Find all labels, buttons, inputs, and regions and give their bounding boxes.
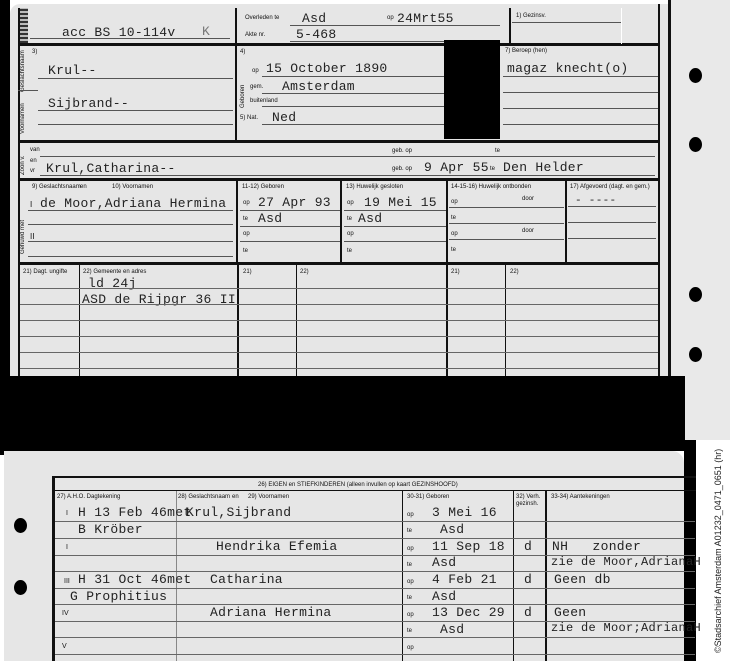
child-birth-place: Asd: [432, 589, 456, 604]
mother-name-value: Krul,Catharina--: [46, 161, 176, 176]
child-birth-date: 3 Mei 16: [432, 505, 497, 520]
spouse-col-divider: [236, 180, 238, 263]
rule: [344, 226, 446, 227]
child-name: Adriana Hermina: [210, 605, 332, 620]
child-birth-date: 4 Feb 21: [432, 572, 497, 587]
child-name: Krul,Sijbrand: [186, 505, 291, 520]
col22b-label: 22): [300, 269, 309, 275]
rule: [28, 256, 233, 257]
section-title-divider: [52, 490, 696, 491]
dissolved-door-label: door: [522, 196, 534, 202]
child-birth-date: 11 Sep 18: [432, 539, 505, 554]
dissolved-door-label-2: door: [522, 228, 534, 234]
rule: [20, 352, 658, 353]
marriage-op-label: op: [347, 200, 354, 206]
col-divider: [513, 491, 514, 661]
rule: [262, 106, 444, 107]
rule: [449, 239, 564, 240]
header-striped-mark: [20, 8, 28, 43]
child-verh: d: [524, 605, 532, 620]
birth-place-value: Amsterdam: [282, 79, 355, 94]
child-aho-1: H 31 Oct 46met: [78, 572, 191, 587]
child-birth-place: Asd: [440, 522, 464, 537]
row-roman: V: [62, 643, 67, 650]
rule: [290, 25, 500, 26]
spouse-born-date-value: 27 Apr 93: [258, 195, 331, 210]
dissolved-op-label: op: [451, 199, 458, 205]
punch-hole: [689, 137, 702, 152]
overleden-op-label: op: [387, 15, 394, 21]
child-aho-2: G Prophitius: [70, 589, 167, 604]
child-note-1: NH zonder: [552, 539, 641, 554]
gezinsv-label: 1) Gezinsv.: [516, 13, 546, 19]
marriage-te-label-2: te: [347, 248, 352, 254]
voornamen-label: Voornamen: [20, 103, 26, 134]
given-names-value: Sijbrand--: [48, 96, 129, 111]
right-frame: [658, 4, 660, 376]
rule: [30, 38, 230, 39]
col10-label: 10) Voornamen: [112, 184, 153, 190]
col22c-label: 22): [510, 269, 519, 275]
name-divider: [18, 140, 660, 143]
afgevoerd-label: 17) Afgevoerd (dagt. en gem.): [570, 184, 650, 190]
punch-hole: [689, 287, 702, 302]
child-note-1: Geen: [554, 605, 586, 620]
child-birth-date: 13 Dec 29: [432, 605, 505, 620]
spouse-col-divider: [446, 180, 448, 263]
child-te-label: te: [407, 595, 412, 601]
parent-te-label-2: te: [490, 166, 495, 172]
birth-gem-label: gem.: [250, 84, 263, 90]
col29-label: 29) Voornamen: [248, 494, 289, 500]
child-te-label: te: [407, 528, 412, 534]
col-divider: [402, 491, 403, 661]
rule: [18, 90, 38, 91]
header-col-divider: [235, 8, 237, 44]
parent-geb-op-label-2: geb. op: [392, 166, 412, 172]
child-birth-place: Asd: [440, 622, 464, 637]
marriage-date-value: 19 Mei 15: [364, 195, 437, 210]
rule: [38, 110, 233, 111]
child-verh: d: [524, 539, 532, 554]
marriage-place-value: Asd: [358, 211, 382, 226]
field-3-label: 3): [32, 49, 37, 55]
rule: [40, 156, 655, 157]
buitenland-label: buitenland: [250, 98, 278, 104]
row-roman: III: [64, 578, 70, 585]
rule: [449, 207, 564, 208]
beroep-label: 7) Beroep (hen): [505, 48, 547, 54]
rule: [20, 368, 658, 369]
col32-label: 32) Verh. gezinsh.: [516, 494, 544, 508]
rule: [344, 241, 446, 242]
akte-nr-label: Akte nr.: [245, 32, 265, 38]
rule: [503, 124, 658, 125]
rule: [503, 108, 658, 109]
child-te-label: te: [407, 628, 412, 634]
archive-watermark: ©Stadsarchief Amsterdam A01232_0471_0651…: [713, 449, 723, 653]
col28-label: 28) Geslachtsnaam: [178, 494, 230, 500]
child-note-2: zie de Moor;AdrianaH: [551, 621, 701, 635]
rule: [55, 521, 695, 522]
spouse-born-op-label: op: [243, 200, 250, 206]
col30-label: 30-31) Geboren: [407, 494, 449, 500]
rule: [28, 241, 233, 242]
rule: [503, 92, 658, 93]
spouse-born-te-label-2: te: [243, 248, 248, 254]
rule: [20, 320, 658, 321]
nat-label: 5) Nat.: [240, 115, 258, 121]
col9-label: 9) Geslachtsnaam: [32, 184, 81, 190]
bottom-top-frame: [52, 476, 696, 478]
row-roman: I: [66, 510, 68, 517]
child-aho-2: B Kröber: [78, 522, 143, 537]
huwelijk-label: 13) Huwelijk gesloten: [346, 184, 403, 190]
beroep-value: magaz knecht(o): [507, 61, 629, 76]
surname-value: Krul--: [48, 63, 97, 78]
marriage-te-label: te: [347, 216, 352, 222]
parent-te-label-1: te: [495, 148, 500, 154]
dissolved-te-label-2: te: [451, 247, 456, 253]
rule: [28, 210, 233, 211]
header-divider: [18, 43, 660, 46]
field-4-label: 4): [240, 49, 245, 55]
mother-birth-date-value: 9 Apr 55: [424, 160, 489, 175]
akte-nr-value: 5-468: [296, 27, 337, 42]
dissolved-te-label: te: [451, 215, 456, 221]
col27-label: 27) A.H.O. Dagtekening: [57, 494, 120, 500]
geboren-label: Geboren: [240, 85, 246, 108]
rule: [28, 224, 233, 225]
rule: [262, 76, 444, 77]
spouse-born-te-label: te: [243, 216, 248, 222]
rule: [38, 124, 233, 125]
punch-hole: [14, 518, 27, 533]
col21b-label: 21): [243, 269, 252, 275]
rule: [55, 654, 695, 655]
punch-hole: [14, 580, 27, 595]
rule: [568, 222, 656, 223]
child-note-1: Geen db: [554, 572, 611, 587]
child-te-label: te: [407, 562, 412, 568]
rule: [55, 604, 695, 605]
rule: [38, 78, 233, 79]
child-birth-place: Asd: [432, 555, 456, 570]
parent-geb-op-label-1: geb. op: [392, 148, 412, 154]
rule: [240, 241, 340, 242]
col33-label: 33-34) Aantekeningen: [551, 494, 610, 500]
header-col-divider: [509, 8, 511, 44]
rule: [262, 124, 444, 125]
scan-gap: [0, 376, 685, 451]
child-op-label: op: [407, 546, 414, 552]
child-op-label: op: [407, 579, 414, 585]
rule: [40, 175, 655, 176]
child-note-2: zie de Moor,AdrianaH: [551, 555, 701, 569]
ontbonden-label: 14-15-16) Huwelijk ontbonden: [451, 184, 531, 190]
col21-label: 21) Dagt. ungifte: [23, 269, 67, 275]
col-divider: [545, 491, 547, 661]
rule: [55, 637, 695, 638]
bottom-left-frame: [52, 476, 55, 661]
rule: [449, 223, 564, 224]
spouse-roman-1: I: [30, 200, 32, 209]
spouse-name-value: de Moor,Adriana Hermina: [40, 196, 226, 211]
col22-label: 22) Gemeente en adres: [83, 269, 146, 275]
rule: [20, 288, 658, 289]
van-label: van: [30, 147, 40, 153]
spouse-divider: [18, 262, 660, 265]
section-title: 26) EIGEN en STIEFKINDEREN (alleen invul…: [258, 482, 458, 488]
child-aho-1: H 13 Feb 46met: [78, 505, 191, 520]
nationality-value: Ned: [272, 110, 296, 125]
birth-op-label: op: [252, 68, 259, 74]
redacted-block: [444, 40, 500, 139]
spouse-col-divider: [565, 180, 567, 263]
header-col-divider: [621, 8, 622, 44]
punch-hole: [689, 68, 702, 83]
overleden-op-value: 24Mrt55: [397, 11, 454, 26]
spouse-roman-2: II: [30, 232, 34, 241]
rule: [262, 93, 444, 94]
child-name: Catharina: [210, 572, 283, 587]
col9-en-label: en: [80, 184, 87, 190]
birth-date-value: 15 October 1890: [266, 61, 388, 76]
child-op-label: op: [407, 512, 414, 518]
archive-mark: K: [202, 24, 210, 39]
marriage-op-label-2: op: [347, 231, 354, 237]
rule: [240, 226, 340, 227]
spouse-born-op-label-2: op: [243, 231, 250, 237]
child-op-label: op: [407, 645, 414, 651]
rule: [240, 210, 340, 211]
zoon-label: Zoon v.: [20, 155, 26, 175]
punch-hole: [689, 347, 702, 362]
geslachtsnaam-label: Geslachtsnaam: [20, 50, 26, 92]
row-roman: I: [66, 544, 68, 551]
gehuwd-met-label: Gehuwd met: [20, 220, 26, 254]
row-roman: IV: [62, 610, 69, 617]
top-card-right-margin: [670, 0, 730, 376]
mother-birth-place-value: Den Helder: [503, 160, 584, 175]
rule: [568, 238, 656, 239]
parents-divider: [18, 178, 660, 181]
rule: [20, 336, 658, 337]
rule: [20, 304, 658, 305]
overleden-te-label: Overleden te: [245, 15, 279, 21]
dissolved-op-label-2: op: [451, 231, 458, 237]
rule: [503, 76, 658, 77]
card-right-edge: [668, 0, 671, 376]
rule: [568, 206, 656, 207]
overleden-te-value: Asd: [302, 11, 326, 26]
en-label: en: [30, 158, 37, 164]
rule: [512, 22, 622, 23]
geboren-label: 11-12) Geboren: [242, 184, 284, 190]
col28-en-label: en: [232, 494, 239, 500]
child-name: Hendrika Efemia: [216, 539, 338, 554]
spouse-col-divider: [340, 180, 342, 263]
name-birth-divider: [235, 44, 237, 141]
spouse-born-place-value: Asd: [258, 211, 282, 226]
child-op-label: op: [407, 612, 414, 618]
col21c-label: 21): [451, 269, 460, 275]
vr-label: vr: [30, 168, 35, 174]
child-verh: d: [524, 572, 532, 587]
